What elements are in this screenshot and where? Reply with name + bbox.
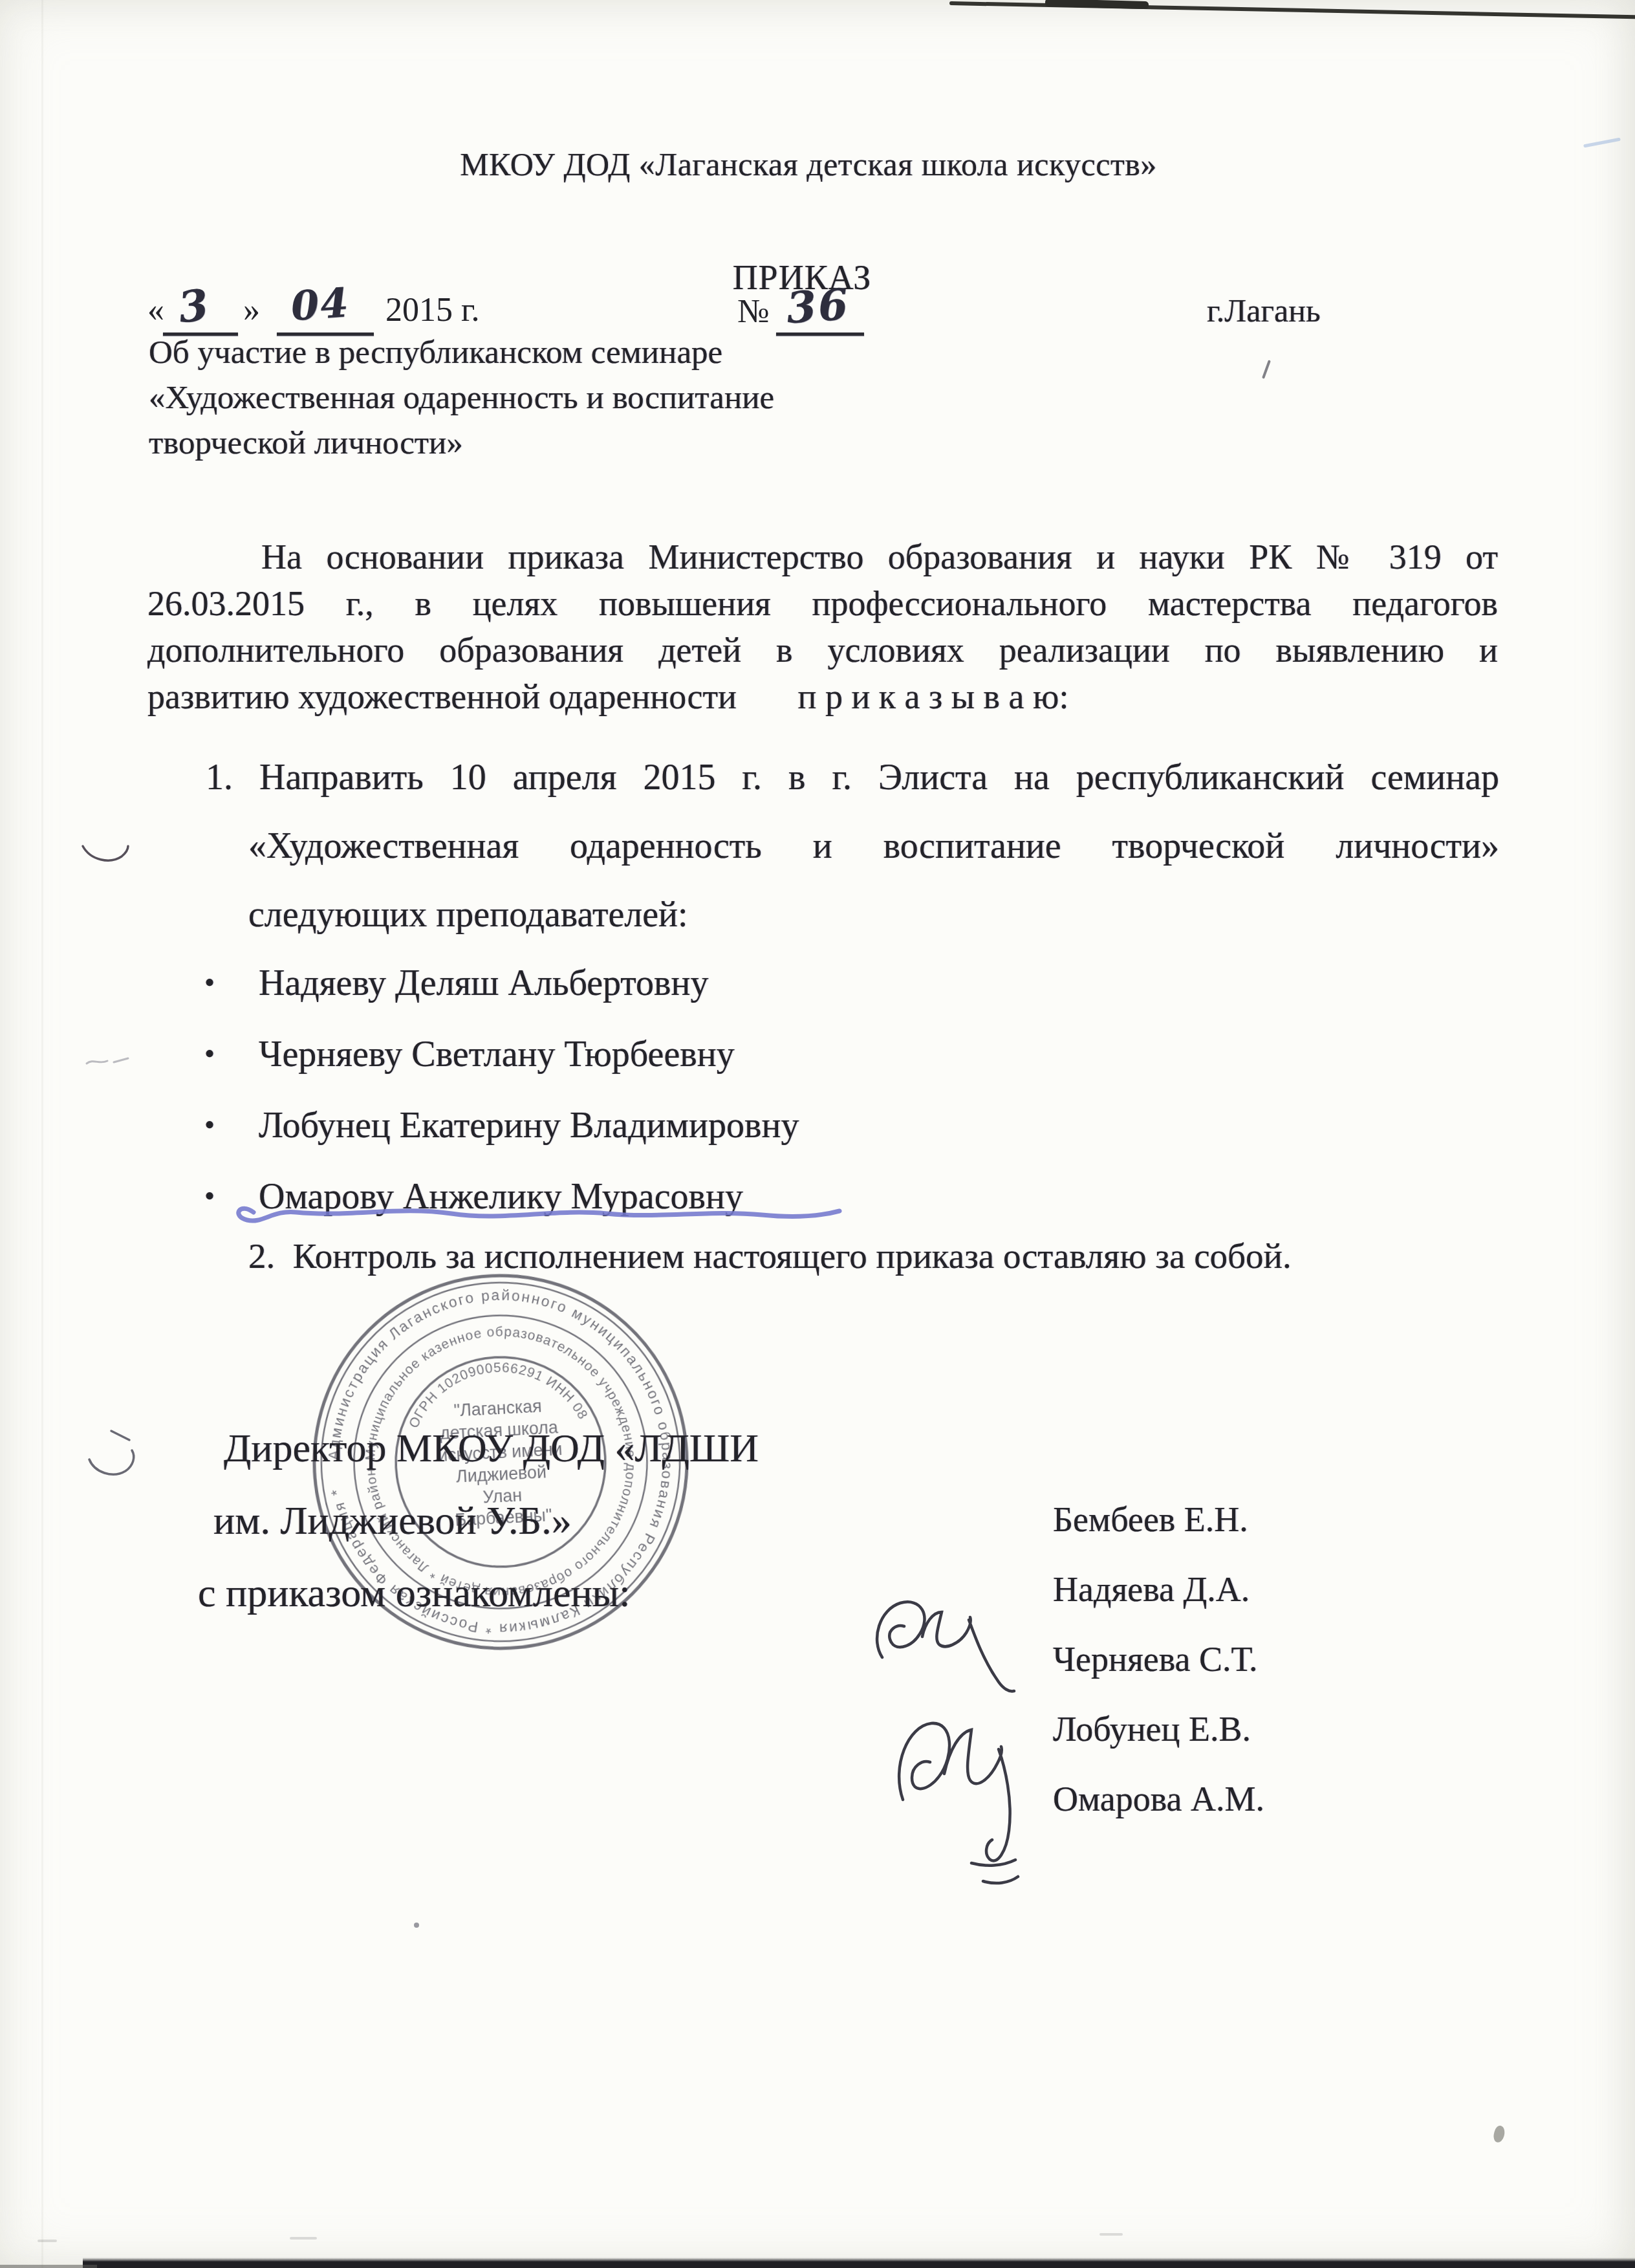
scanned-order-document: МКОУ ДОД «Лаганская детская школа искусс…: [0, 0, 1635, 2268]
teacher-list-item: •Надяеву Деляш Альбертовну: [204, 963, 708, 1004]
body-line-1: На основании приказа Министерство образо…: [147, 537, 1498, 577]
director-line-1: Директор МКОУ ДОД «ЛДШИ: [224, 1426, 759, 1472]
acknowledgement-line: с приказом ознакомлены:: [198, 1571, 631, 1617]
organization-header: МКОУ ДОД «Лаганская детская школа искусс…: [19, 146, 1597, 184]
scan-bottom-band: [0, 2265, 97, 2268]
body-line-2: 26.03.2015 г., в целях повышения професс…: [147, 583, 1498, 624]
scan-bottom-band: [83, 2258, 1635, 2268]
subject-line-3: творческой личности»: [149, 424, 463, 463]
item1-line-2: «Художественная одаренность и воспитание…: [248, 825, 1499, 867]
date-open-quote: «: [147, 291, 164, 329]
bullet-icon: •: [204, 966, 259, 1000]
signatory-name: Надяева Д.А.: [1053, 1569, 1250, 1609]
director-line-2: им. Лиджиевой У.Б.»: [213, 1498, 572, 1544]
pen-underline-mark: [232, 1195, 846, 1234]
bullet-icon: •: [204, 1108, 259, 1142]
item2-line: 2. Контроль за исполнением настоящего пр…: [248, 1236, 1292, 1276]
item1-line-1: 1. Направить 10 апреля 2015 г. в г. Элис…: [206, 757, 1499, 798]
scan-speck: [1099, 2233, 1123, 2236]
scan-blue-streak: [1583, 138, 1621, 148]
teacher-name: Черняеву Светлану Тюрбеевну: [259, 1034, 735, 1074]
teacher-name: Лобунец Екатерину Владимировну: [259, 1106, 799, 1146]
handwritten-day: 3: [175, 279, 211, 333]
teacher-list-item: •Черняеву Светлану Тюрбеевну: [204, 1034, 735, 1075]
signatory-name: Черняева С.Т.: [1053, 1639, 1258, 1679]
scan-speck: [290, 2237, 317, 2240]
handwritten-signature: [860, 1585, 1022, 1705]
handwritten-order-number: 36: [785, 279, 851, 334]
subject-line-1: Об участие в республиканском семинаре: [149, 334, 722, 372]
item1-line-3: следующих преподавателей:: [248, 894, 688, 935]
teacher-name: Надяеву Деляш Альбертовну: [259, 963, 708, 1003]
city-label: г.Лагань: [1207, 292, 1321, 330]
handwritten-month: 04: [290, 279, 351, 330]
signatory-name: Лобунец Е.В.: [1053, 1709, 1251, 1749]
order-number-group: № 36: [737, 290, 1009, 354]
date-year: 2015 г.: [385, 291, 479, 329]
stamp-center-line: "Лаганская: [453, 1397, 542, 1421]
stray-slash-mark: [1262, 360, 1271, 379]
teacher-list-item: •Лобунец Екатерину Владимировну: [204, 1105, 799, 1146]
body-line-3: дополнительного образования детей в усло…: [147, 630, 1498, 670]
date-close-quote: »: [243, 291, 260, 329]
signatory-name: Бембеев Е.Н.: [1053, 1499, 1248, 1540]
scan-speck: [414, 1923, 419, 1928]
number-sign: №: [737, 292, 770, 331]
margin-check-mark: [83, 1421, 154, 1485]
stamp-ogrn-text: ОГРН 1020900566291 ИНН 08: [403, 1356, 590, 1432]
signatory-name: Омарова А.М.: [1053, 1779, 1264, 1819]
body-line-4: развитию художественной одаренности п р …: [147, 677, 1498, 717]
bullet-icon: •: [204, 1037, 259, 1071]
subject-line-2: «Художественная одаренность и воспитание: [149, 379, 774, 417]
handwritten-signature: [874, 1696, 1068, 1890]
scan-speck: [38, 2240, 57, 2242]
scan-left-seam: [41, 0, 43, 2268]
margin-scribble-mark: [84, 1053, 135, 1070]
scan-speck: [1492, 2124, 1506, 2143]
margin-curve-mark: [79, 838, 133, 869]
